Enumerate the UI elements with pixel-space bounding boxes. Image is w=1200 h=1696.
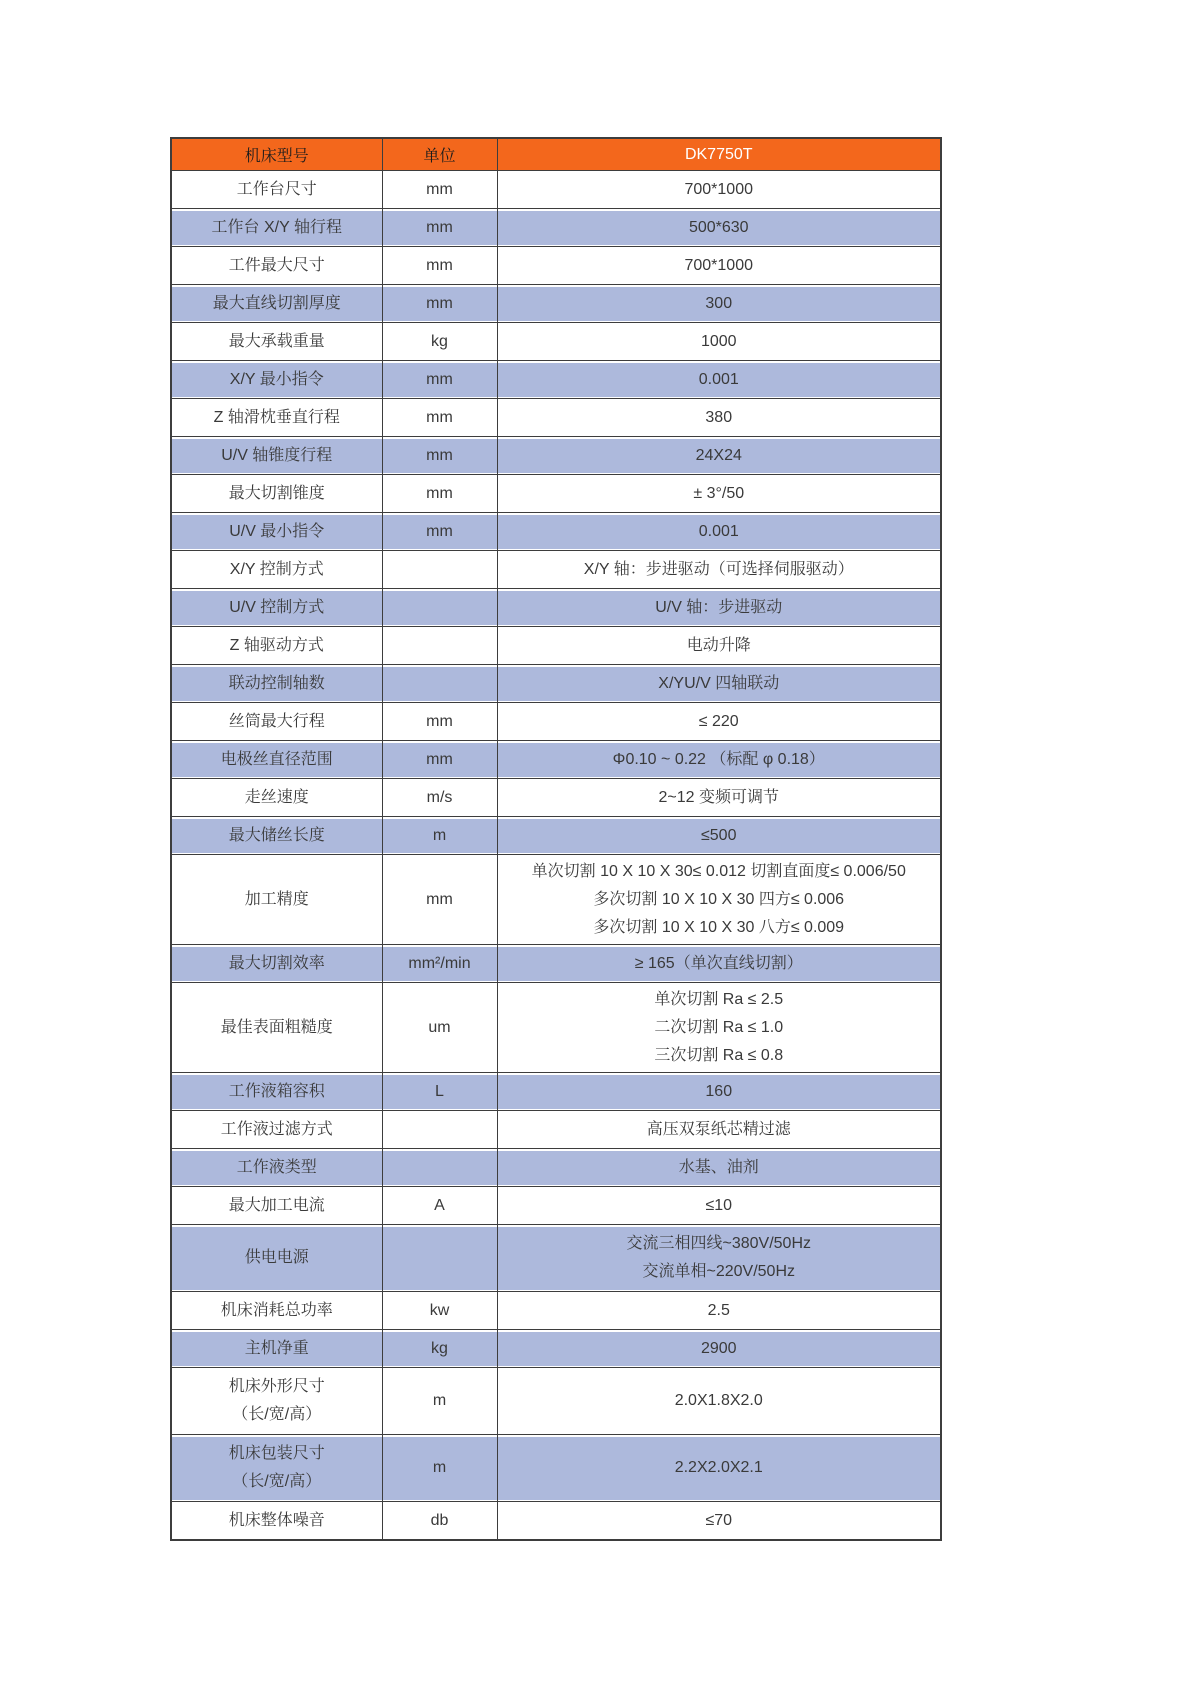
table-row: U/V 轴锥度行程 mm 24X24: [171, 437, 941, 475]
spec-value: 1000: [497, 323, 941, 361]
table-row: 机床整体噪音 db ≤70: [171, 1502, 941, 1541]
spec-unit: mm²/min: [382, 945, 497, 983]
table-row: 最大直线切割厚度 mm 300: [171, 285, 941, 323]
spec-unit: kw: [382, 1292, 497, 1330]
table-row: 工作液箱容积 L 160: [171, 1073, 941, 1111]
spec-label: 供电电源: [171, 1225, 382, 1292]
table-row: 电极丝直径范围 mm Φ0.10 ~ 0.22 （标配 φ 0.18）: [171, 741, 941, 779]
table-row: 工作液过滤方式 高压双泵纸芯精过滤: [171, 1111, 941, 1149]
spec-value: ≤ 220: [497, 703, 941, 741]
spec-value: ≤10: [497, 1187, 941, 1225]
spec-value: U/V 轴：步进驱动: [497, 589, 941, 627]
table-row: 机床包装尺寸（长/宽/高） m 2.2X2.0X2.1: [171, 1435, 941, 1502]
spec-unit: [382, 1111, 497, 1149]
spec-value: Φ0.10 ~ 0.22 （标配 φ 0.18）: [497, 741, 941, 779]
spec-value: 0.001: [497, 361, 941, 399]
spec-label: Z 轴滑枕垂直行程: [171, 399, 382, 437]
spec-label: 联动控制轴数: [171, 665, 382, 703]
spec-label: U/V 控制方式: [171, 589, 382, 627]
header-row: 机床型号 单位 DK7750T: [171, 138, 941, 171]
spec-unit: mm: [382, 399, 497, 437]
spec-label: 最大储丝长度: [171, 817, 382, 855]
spec-label: U/V 轴锥度行程: [171, 437, 382, 475]
spec-value: 电动升降: [497, 627, 941, 665]
table-row: 联动控制轴数 X/YU/V 四轴联动: [171, 665, 941, 703]
spec-unit: L: [382, 1073, 497, 1111]
spec-label: 最大承载重量: [171, 323, 382, 361]
spec-label: 丝筒最大行程: [171, 703, 382, 741]
spec-label: 工件最大尺寸: [171, 247, 382, 285]
spec-unit: m: [382, 1368, 497, 1435]
table-row: 工作液类型 水基、油剂: [171, 1149, 941, 1187]
spec-unit: mm: [382, 247, 497, 285]
spec-label: 工作台 X/Y 轴行程: [171, 209, 382, 247]
table-row: X/Y 控制方式 X/Y 轴：步进驱动（可选择伺服驱动）: [171, 551, 941, 589]
spec-table-body: 工作台尺寸 mm 700*1000 工作台 X/Y 轴行程 mm 500*630…: [171, 171, 941, 1541]
spec-unit: [382, 589, 497, 627]
spec-value: 700*1000: [497, 171, 941, 209]
spec-value: 2.2X2.0X2.1: [497, 1435, 941, 1502]
spec-label: 工作液类型: [171, 1149, 382, 1187]
table-row: 机床外形尺寸（长/宽/高） m 2.0X1.8X2.0: [171, 1368, 941, 1435]
table-row: 工件最大尺寸 mm 700*1000: [171, 247, 941, 285]
table-row: 最大储丝长度 m ≤500: [171, 817, 941, 855]
spec-label: Z 轴驱动方式: [171, 627, 382, 665]
table-row: Z 轴滑枕垂直行程 mm 380: [171, 399, 941, 437]
table-row: 加工精度 mm 单次切割 10 X 10 X 30≤ 0.012 切割直面度≤ …: [171, 855, 941, 945]
spec-unit: [382, 1225, 497, 1292]
spec-unit: mm: [382, 475, 497, 513]
table-row: Z 轴驱动方式 电动升降: [171, 627, 941, 665]
spec-label: 走丝速度: [171, 779, 382, 817]
spec-unit: A: [382, 1187, 497, 1225]
spec-unit: kg: [382, 1330, 497, 1368]
spec-unit: mm: [382, 703, 497, 741]
spec-label: X/Y 最小指令: [171, 361, 382, 399]
table-row: U/V 最小指令 mm 0.001: [171, 513, 941, 551]
header-model-value: DK7750T: [497, 138, 941, 171]
spec-value: 2900: [497, 1330, 941, 1368]
table-row: 工作台尺寸 mm 700*1000: [171, 171, 941, 209]
spec-unit: [382, 551, 497, 589]
spec-value: 2.0X1.8X2.0: [497, 1368, 941, 1435]
spec-unit: kg: [382, 323, 497, 361]
spec-unit: [382, 665, 497, 703]
spec-unit: [382, 627, 497, 665]
spec-unit: mm: [382, 741, 497, 779]
spec-label: 工作液过滤方式: [171, 1111, 382, 1149]
spec-label: 主机净重: [171, 1330, 382, 1368]
spec-value: 160: [497, 1073, 941, 1111]
spec-label: 工作液箱容积: [171, 1073, 382, 1111]
table-row: 最大切割锥度 mm ± 3°/50: [171, 475, 941, 513]
table-row: 最大切割效率 mm²/min ≥ 165（单次直线切割）: [171, 945, 941, 983]
spec-value: 500*630: [497, 209, 941, 247]
spec-table-container: 机床型号 单位 DK7750T 工作台尺寸 mm 700*1000 工作台 X/…: [170, 137, 942, 1541]
spec-value: 高压双泵纸芯精过滤: [497, 1111, 941, 1149]
page: { "colors": { "header_bg": "#f3671c", "h…: [0, 0, 1200, 1696]
spec-unit: mm: [382, 361, 497, 399]
spec-value: 单次切割 10 X 10 X 30≤ 0.012 切割直面度≤ 0.006/50…: [497, 855, 941, 945]
table-row: 主机净重 kg 2900: [171, 1330, 941, 1368]
spec-unit: um: [382, 983, 497, 1073]
header-model-label: 机床型号: [171, 138, 382, 171]
table-row: 工作台 X/Y 轴行程 mm 500*630: [171, 209, 941, 247]
table-row: 走丝速度 m/s 2~12 变频可调节: [171, 779, 941, 817]
spec-unit: mm: [382, 209, 497, 247]
spec-value: 700*1000: [497, 247, 941, 285]
spec-unit: mm: [382, 285, 497, 323]
spec-value: 380: [497, 399, 941, 437]
header-unit-label: 单位: [382, 138, 497, 171]
table-row: X/Y 最小指令 mm 0.001: [171, 361, 941, 399]
spec-value: ≥ 165（单次直线切割）: [497, 945, 941, 983]
spec-table: 机床型号 单位 DK7750T 工作台尺寸 mm 700*1000 工作台 X/…: [170, 137, 942, 1541]
spec-label: 最佳表面粗糙度: [171, 983, 382, 1073]
spec-unit: mm: [382, 855, 497, 945]
spec-label: 机床外形尺寸（长/宽/高）: [171, 1368, 382, 1435]
table-row: U/V 控制方式 U/V 轴：步进驱动: [171, 589, 941, 627]
spec-value: ≤500: [497, 817, 941, 855]
spec-value: 300: [497, 285, 941, 323]
spec-label: 最大加工电流: [171, 1187, 382, 1225]
spec-unit: mm: [382, 513, 497, 551]
spec-value: 2~12 变频可调节: [497, 779, 941, 817]
spec-value: ± 3°/50: [497, 475, 941, 513]
spec-unit: m: [382, 1435, 497, 1502]
spec-value: 水基、油剂: [497, 1149, 941, 1187]
spec-value: ≤70: [497, 1502, 941, 1541]
spec-unit: [382, 1149, 497, 1187]
spec-label: 电极丝直径范围: [171, 741, 382, 779]
spec-unit: db: [382, 1502, 497, 1541]
spec-unit: m/s: [382, 779, 497, 817]
spec-unit: mm: [382, 171, 497, 209]
spec-value: 交流三相四线~380V/50Hz交流单相~220V/50Hz: [497, 1225, 941, 1292]
spec-unit: mm: [382, 437, 497, 475]
table-row: 最大加工电流 A ≤10: [171, 1187, 941, 1225]
spec-label: 工作台尺寸: [171, 171, 382, 209]
spec-label: 机床消耗总功率: [171, 1292, 382, 1330]
spec-value: 单次切割 Ra ≤ 2.5二次切割 Ra ≤ 1.0三次切割 Ra ≤ 0.8: [497, 983, 941, 1073]
spec-label: 加工精度: [171, 855, 382, 945]
spec-value: 2.5: [497, 1292, 941, 1330]
spec-label: U/V 最小指令: [171, 513, 382, 551]
spec-unit: m: [382, 817, 497, 855]
table-row: 丝筒最大行程 mm ≤ 220: [171, 703, 941, 741]
spec-label: 机床包装尺寸（长/宽/高）: [171, 1435, 382, 1502]
spec-label: X/Y 控制方式: [171, 551, 382, 589]
spec-value: X/Y 轴：步进驱动（可选择伺服驱动）: [497, 551, 941, 589]
spec-label: 最大切割锥度: [171, 475, 382, 513]
table-row: 供电电源 交流三相四线~380V/50Hz交流单相~220V/50Hz: [171, 1225, 941, 1292]
spec-value: 24X24: [497, 437, 941, 475]
spec-value: 0.001: [497, 513, 941, 551]
spec-label: 机床整体噪音: [171, 1502, 382, 1541]
spec-label: 最大切割效率: [171, 945, 382, 983]
spec-value: X/YU/V 四轴联动: [497, 665, 941, 703]
table-row: 最大承载重量 kg 1000: [171, 323, 941, 361]
spec-label: 最大直线切割厚度: [171, 285, 382, 323]
table-row: 最佳表面粗糙度 um 单次切割 Ra ≤ 2.5二次切割 Ra ≤ 1.0三次切…: [171, 983, 941, 1073]
table-row: 机床消耗总功率 kw 2.5: [171, 1292, 941, 1330]
